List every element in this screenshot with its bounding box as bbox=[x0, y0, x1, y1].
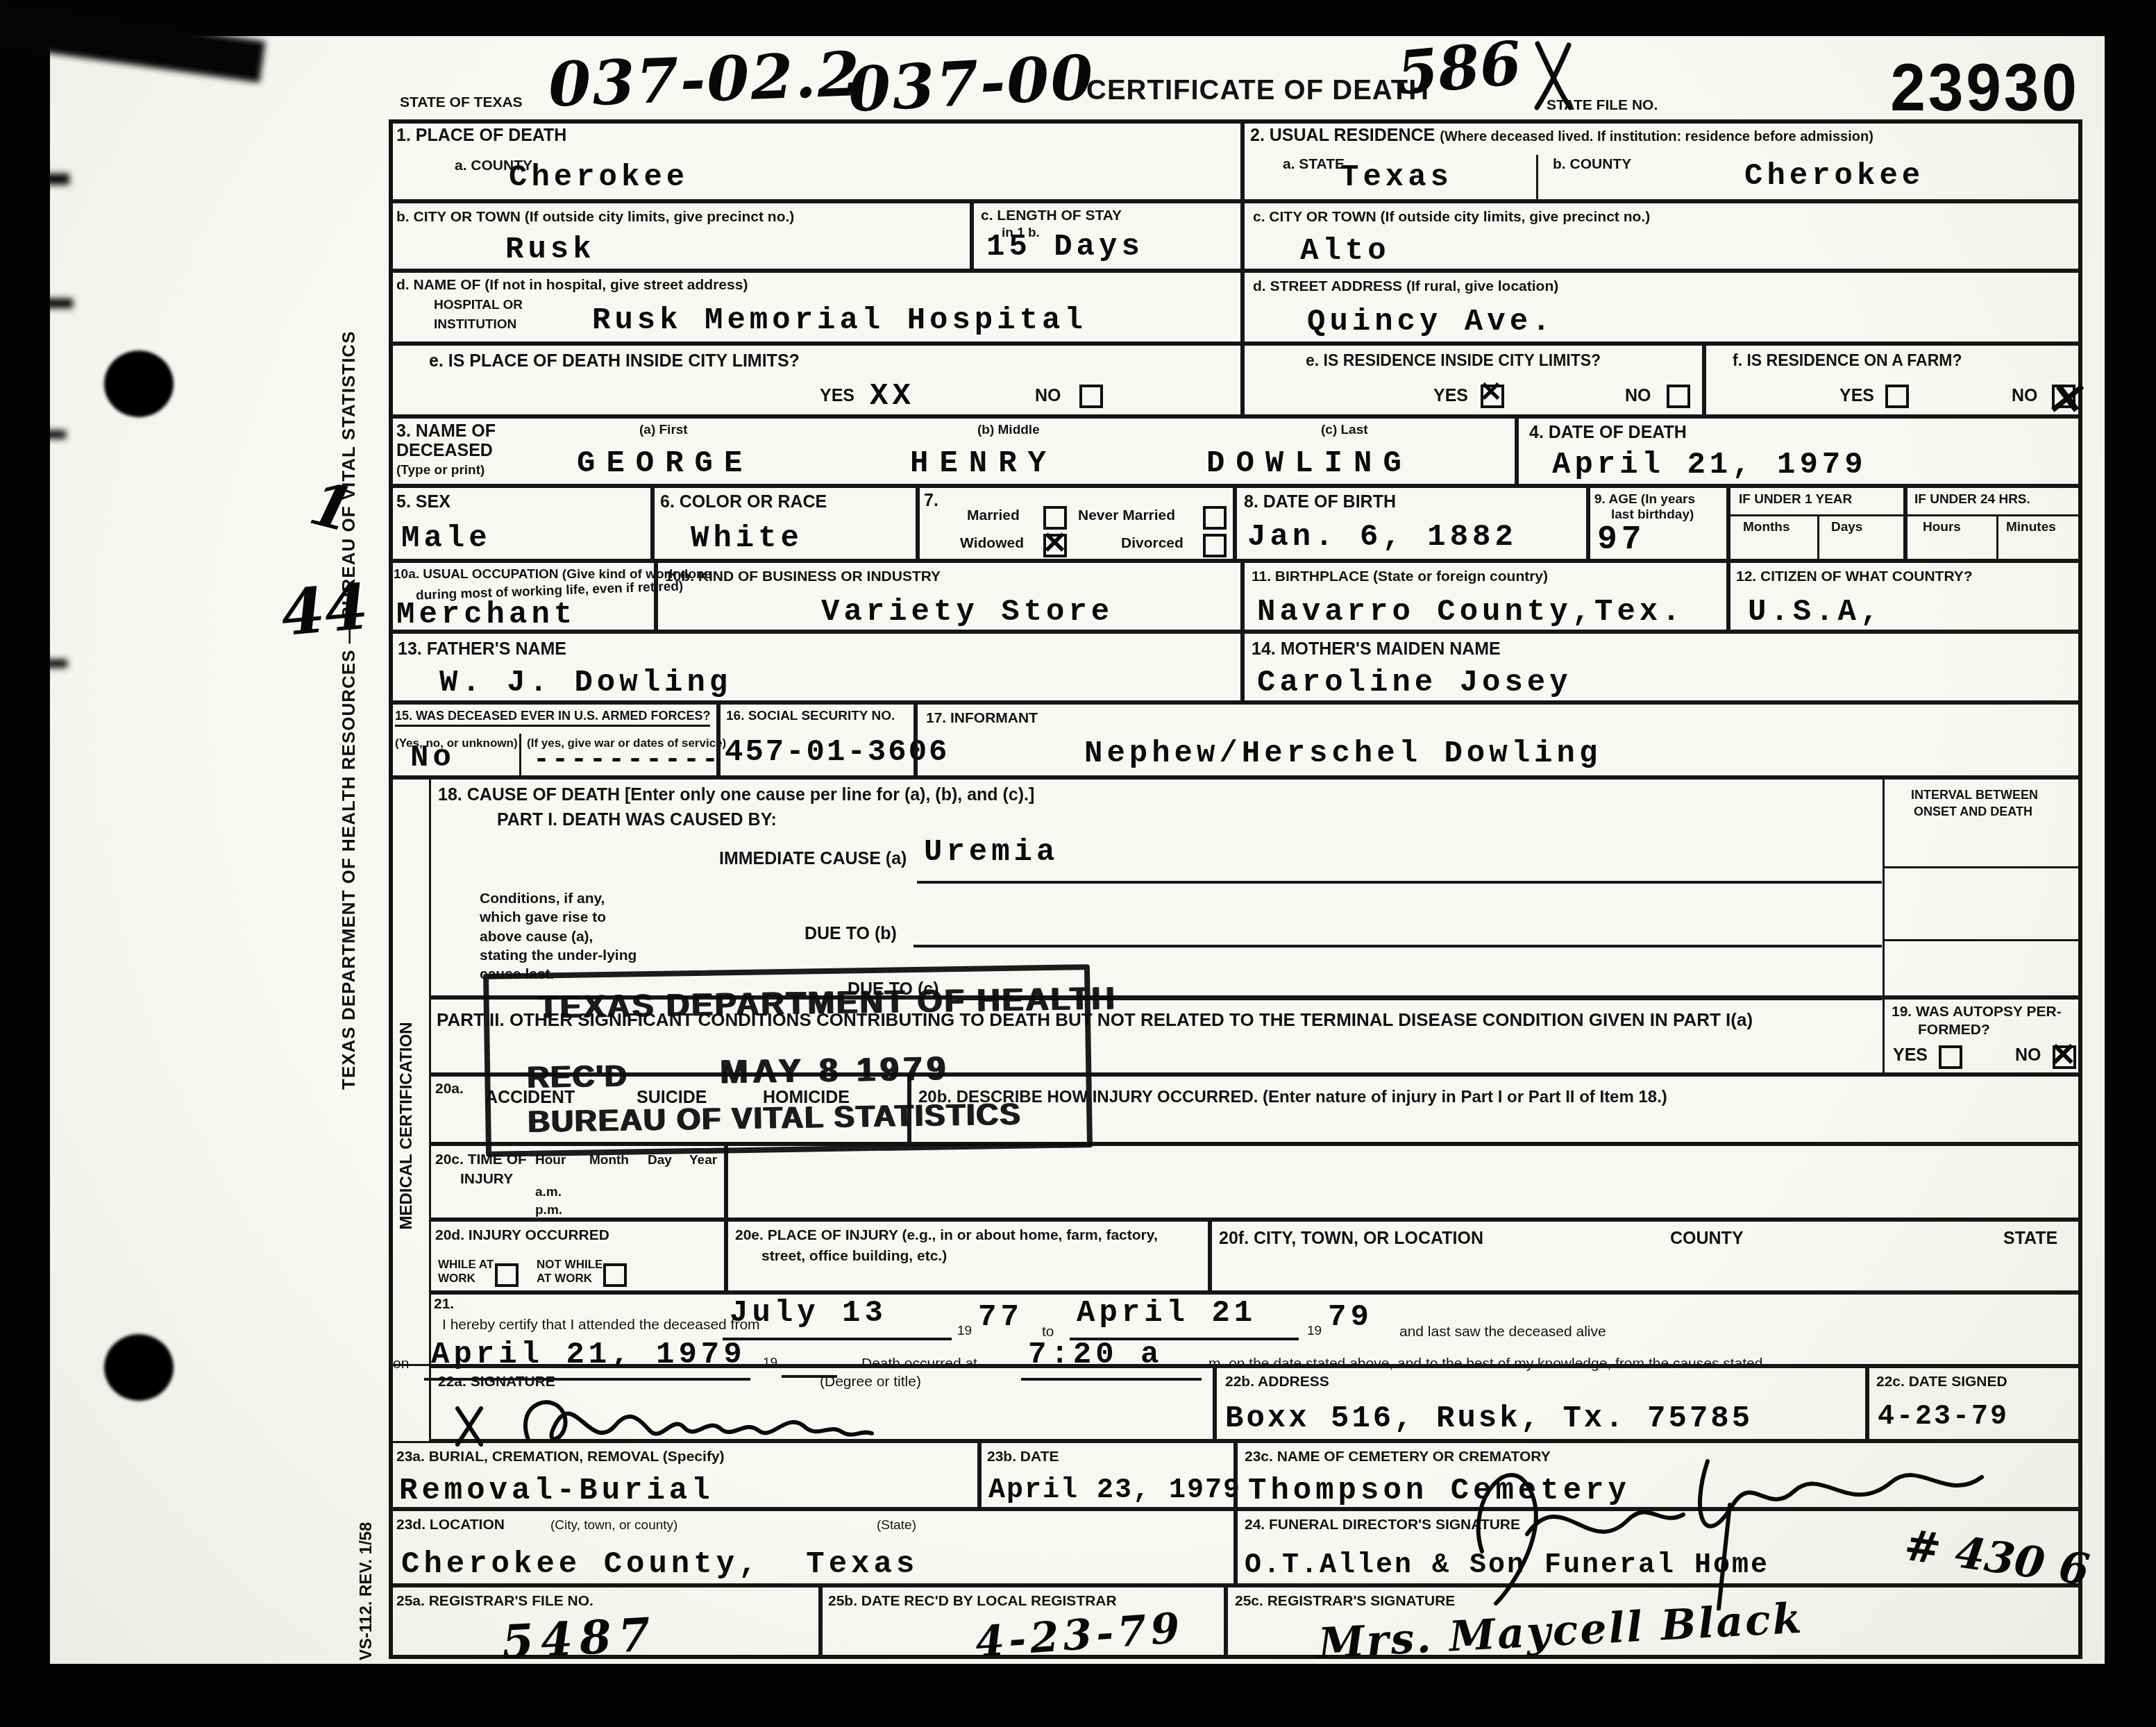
length-of-stay-value: 15 Days bbox=[986, 230, 1144, 264]
injury-occurred-label: 20d. INJURY OCCURRED bbox=[435, 1227, 609, 1244]
mother-name-label: 14. MOTHER'S MAIDEN NAME bbox=[1252, 639, 1501, 659]
residence-limits-no-checkbox bbox=[1667, 385, 1690, 408]
occupation-value: Merchant bbox=[396, 598, 576, 632]
part1-label: PART I. DEATH WAS CAUSED BY: bbox=[497, 810, 777, 830]
residence-state-value: Texas bbox=[1340, 160, 1453, 195]
divorced-checkbox bbox=[1203, 534, 1227, 557]
residence-city-label: c. CITY OR TOWN (If outside city limits,… bbox=[1253, 209, 1650, 226]
cell-20a-label: 20a. bbox=[435, 1081, 464, 1097]
age-value: 97 bbox=[1597, 521, 1646, 559]
death-limits-no-checkbox bbox=[1079, 385, 1103, 408]
hole-punch-bottom bbox=[104, 1334, 174, 1401]
divorced-label: Divorced bbox=[1121, 535, 1184, 552]
minutes-label: Minutes bbox=[2006, 520, 2056, 535]
handwritten-code-2: 037-00 bbox=[847, 41, 1097, 126]
certify-number: 21. bbox=[434, 1296, 454, 1313]
residence-county-value: Cherokee bbox=[1744, 159, 1924, 194]
mother-name-value: Caroline Josey bbox=[1257, 666, 1572, 700]
occupation-cell: 10a. USUAL OCCUPATION (Give kind of work… bbox=[389, 561, 656, 632]
place-of-injury-cell: 20e. PLACE OF INJURY (e.g., in or about … bbox=[726, 1220, 1210, 1292]
middle-name-label: (b) Middle bbox=[977, 423, 1040, 438]
injury-location-cell: 20f. CITY, TOWN, OR LOCATION COUNTY STAT… bbox=[1210, 1220, 2082, 1292]
citizen-value: U.S.A, bbox=[1748, 595, 1883, 630]
street-address-label: d. STREET ADDRESS (If rural, give locati… bbox=[1253, 278, 1558, 295]
date-of-birth-label: 8. DATE OF BIRTH bbox=[1244, 492, 1396, 512]
burial-date-cell: 23b. DATE April 23, 1979 bbox=[979, 1441, 1236, 1509]
to-year-value: 79 bbox=[1328, 1300, 1373, 1335]
date-recd-label: 25b. DATE REC'D BY LOCAL REGISTRAR bbox=[828, 1593, 1117, 1610]
injury-state-label: STATE bbox=[2003, 1229, 2057, 1249]
business-cell: 10b. KIND OF BUSINESS OR INDUSTRY Variet… bbox=[656, 561, 1243, 632]
informant-cell: 17. INFORMANT Nephew/Herschel Dowling bbox=[916, 702, 2082, 777]
year-label: Year bbox=[689, 1153, 717, 1168]
age-label-2: last birthday) bbox=[1611, 507, 1694, 523]
hospital-label-3: INSTITUTION bbox=[434, 317, 516, 332]
interval-label-1: INTERVAL BETWEEN bbox=[1911, 788, 2038, 802]
married-label: Married bbox=[967, 507, 1020, 524]
burial-date-label: 23b. DATE bbox=[987, 1449, 1059, 1465]
burial-location-city-label: (City, town, or county) bbox=[550, 1518, 677, 1533]
hospital-label-2: HOSPITAL OR bbox=[434, 298, 523, 313]
citizen-label: 12. CITIZEN OF WHAT COUNTRY? bbox=[1736, 568, 1973, 585]
film-border-bottom bbox=[0, 1664, 2156, 1727]
registrar-file-label: 25a. REGISTRAR'S FILE NO. bbox=[396, 1593, 593, 1610]
handwritten-code-1: 037-02.2 bbox=[547, 37, 862, 121]
armed-forces-value: No bbox=[410, 741, 455, 775]
sex-value: Male bbox=[401, 521, 491, 556]
place-of-death-cell: 1. PLACE OF DEATH a. COUNTY Cherokee bbox=[389, 119, 1243, 201]
marital-label: 7. bbox=[924, 491, 938, 511]
residence-county-label: b. COUNTY bbox=[1553, 156, 1631, 173]
injury-county-label: COUNTY bbox=[1670, 1229, 1744, 1249]
usual-residence-title: 2. USUAL RESIDENCE bbox=[1250, 126, 1435, 145]
medical-certification-sidebar bbox=[389, 777, 431, 1366]
interval-line-1 bbox=[1885, 866, 2080, 868]
stamp-line-2: BUREAU OF VITAL STATISTICS bbox=[527, 1097, 1021, 1140]
hole-punch-top bbox=[104, 351, 174, 417]
residence-city-limits-cell: e. IS RESIDENCE INSIDE CITY LIMITS? YES … bbox=[1243, 344, 1704, 416]
burial-location-cell: 23d. LOCATION (City, town, or county) (S… bbox=[389, 1509, 1236, 1585]
form-revision-vertical-label: VS-112. REV. 1/58 bbox=[357, 1444, 376, 1660]
first-name-value: GEORGE bbox=[577, 446, 753, 481]
agency-vertical-caption: TEXAS DEPARTMENT OF HEALTH RESOURCES — B… bbox=[338, 330, 360, 1090]
if-under-1-year-cell: IF UNDER 1 YEAR Months Days bbox=[1728, 486, 1905, 561]
date-recd-cell: 25b. DATE REC'D BY LOCAL REGISTRAR 4-23-… bbox=[820, 1585, 1226, 1659]
marital-status-cell: 7. Married Never Married Widowed ✕ Divor… bbox=[918, 486, 1235, 561]
father-name-value: W. J. Dowling bbox=[439, 666, 732, 700]
sex-label: 5. SEX bbox=[396, 492, 450, 512]
farm-label: f. IS RESIDENCE ON A FARM? bbox=[1733, 351, 1962, 370]
name-label-3: (Type or print) bbox=[396, 463, 485, 478]
name-label-1: 3. NAME OF bbox=[396, 421, 496, 441]
residence-farm-cell: f. IS RESIDENCE ON A FARM? YES NO ✕ bbox=[1704, 344, 2082, 416]
cause-b-line bbox=[913, 916, 1882, 947]
day-label: Day bbox=[648, 1153, 672, 1168]
race-label: 6. COLOR OR RACE bbox=[660, 492, 827, 512]
to-year-prefix: 19 bbox=[1307, 1324, 1322, 1339]
date-recd-value: 4-23-79 bbox=[974, 1604, 1186, 1667]
due-to-b-label: DUE TO (b) bbox=[805, 924, 897, 944]
citizen-cell: 12. CITIZEN OF WHAT COUNTRY? U.S.A, bbox=[1728, 561, 2082, 632]
place-of-injury-label-2: street, office building, etc.) bbox=[761, 1248, 947, 1265]
funeral-director-signature bbox=[1416, 1423, 2082, 1610]
never-married-label: Never Married bbox=[1078, 507, 1175, 524]
death-limits-no-label: NO bbox=[1035, 386, 1061, 406]
state-county-divider bbox=[1536, 155, 1538, 201]
certify-text-1: I hereby certify that I attended the dec… bbox=[442, 1317, 760, 1333]
if-under-24-hrs-label: IF UNDER 24 HRS. bbox=[1914, 492, 2030, 507]
stamp-recd-label: REC'D bbox=[526, 1059, 628, 1095]
interval-cell: INTERVAL BETWEEN ONSET AND DEATH bbox=[1883, 777, 2082, 997]
residence-city-cell: c. CITY OR TOWN (If outside city limits,… bbox=[1243, 201, 2082, 271]
if-under-24-hrs-cell: IF UNDER 24 HRS. Hours Minutes bbox=[1905, 486, 2082, 561]
immediate-cause-label: IMMEDIATE CAUSE (a) bbox=[719, 849, 907, 869]
not-while-label-2: AT WORK bbox=[537, 1272, 592, 1286]
burial-location-label: 23d. LOCATION bbox=[396, 1517, 505, 1533]
burial-value: Removal-Burial bbox=[399, 1474, 714, 1508]
on-word: on bbox=[393, 1356, 409, 1372]
business-label: 10b. KIND OF BUSINESS OR INDUSTRY bbox=[665, 568, 941, 585]
armed-forces-cell: 15. WAS DECEASED EVER IN U.S. ARMED FORC… bbox=[389, 702, 718, 777]
film-border-right bbox=[2105, 0, 2156, 1727]
margin-handwritten-mark-44: 44 bbox=[278, 570, 371, 651]
stamp-date: MAY 8 1979 bbox=[719, 1050, 950, 1091]
from-year-prefix: 19 bbox=[957, 1324, 972, 1339]
county-value: Cherokee bbox=[509, 160, 689, 195]
race-cell: 6. COLOR OR RACE White bbox=[652, 486, 918, 561]
scanned-death-certificate: TEXAS DEPARTMENT OF HEALTH RESOURCES — B… bbox=[0, 0, 2156, 1727]
autopsy-cell: 19. WAS AUTOPSY PER- FORMED? YES NO ✕ bbox=[1883, 997, 2082, 1075]
farm-no-label: NO bbox=[2012, 386, 2038, 406]
armed-forces-label: 15. WAS DECEASED EVER IN U.S. ARMED FORC… bbox=[395, 709, 710, 727]
cause-of-death-label: 18. CAUSE OF DEATH [Enter only one cause… bbox=[438, 785, 1034, 805]
age-label-1: 9. AGE (In years bbox=[1594, 492, 1695, 507]
father-name-label: 13. FATHER'S NAME bbox=[398, 639, 566, 659]
hours-label: Hours bbox=[1923, 520, 1961, 535]
length-of-stay-label: c. LENGTH OF STAY bbox=[981, 208, 1122, 224]
film-border-left bbox=[0, 0, 50, 1727]
autopsy-yes-checkbox bbox=[1939, 1045, 1962, 1069]
certificate-title: CERTIFICATE OF DEATH bbox=[1086, 75, 1429, 106]
received-stamp: TEXAS DEPARTMENT OF HEALTH REC'D MAY 8 1… bbox=[483, 964, 1093, 1157]
last-name-label: (c) Last bbox=[1321, 423, 1368, 438]
street-address-value: Quincy Ave. bbox=[1307, 305, 1554, 339]
injury-occurred-cell: 20d. INJURY OCCURRED WHILE AT WORK NOT W… bbox=[429, 1220, 726, 1292]
cause-a-line bbox=[917, 849, 1882, 884]
burial-location-value: Cherokee County, Texas bbox=[401, 1547, 918, 1582]
farm-yes-label: YES bbox=[1839, 386, 1874, 406]
interval-line-2 bbox=[1885, 939, 2080, 941]
from-date-line bbox=[723, 1310, 952, 1340]
injury-location-label: 20f. CITY, TOWN, OR LOCATION bbox=[1219, 1229, 1483, 1249]
birthplace-value: Navarro County,Tex. bbox=[1257, 595, 1685, 630]
middle-name-value: HENRY bbox=[910, 446, 1057, 481]
am-label: a.m. bbox=[535, 1185, 562, 1200]
burial-date-value: April 23, 1979 bbox=[988, 1475, 1241, 1506]
street-address-cell: d. STREET ADDRESS (If rural, give locati… bbox=[1243, 271, 2082, 344]
date-of-death-cell: 4. DATE OF DEATH April 21, 1979 bbox=[1517, 416, 2082, 486]
signature-cell: 22a. SIGNATURE (Degree or title) bbox=[429, 1366, 1215, 1441]
business-value: Variety Store bbox=[821, 595, 1113, 630]
age-cell: 9. AGE (In years last birthday) 97 bbox=[1588, 486, 1728, 561]
name-label-2: DECEASED bbox=[396, 441, 493, 461]
hours-minutes-divider bbox=[1996, 514, 1998, 559]
stamped-certificate-number: 23930 bbox=[1890, 50, 2080, 126]
residence-city-value: Alto bbox=[1300, 234, 1390, 269]
farm-yes-checkbox bbox=[1885, 385, 1909, 408]
autopsy-label-1: 19. WAS AUTOPSY PER- bbox=[1892, 1004, 2062, 1020]
time-of-injury-blank-cell bbox=[726, 1144, 2082, 1220]
residence-limits-no-label: NO bbox=[1625, 386, 1651, 406]
not-while-checkbox bbox=[603, 1263, 627, 1287]
film-smudge bbox=[36, 659, 67, 668]
residence-state-label: a. STATE bbox=[1283, 156, 1345, 173]
state-of-texas-label: STATE OF TEXAS bbox=[400, 94, 523, 111]
birthplace-cell: 11. BIRTHPLACE (State or foreign country… bbox=[1243, 561, 1728, 632]
informant-value: Nephew/Herschel Dowling bbox=[1084, 736, 1601, 771]
months-label: Months bbox=[1743, 520, 1790, 535]
hospital-cell: d. NAME OF (If not in hospital, give str… bbox=[389, 271, 1243, 344]
death-limits-yes-label: YES bbox=[820, 386, 854, 406]
sex-cell: 5. SEX Male bbox=[389, 486, 652, 561]
ssn-label: 16. SOCIAL SECURITY NO. bbox=[726, 709, 895, 724]
residence-limits-yes-mark: ✕ bbox=[1479, 376, 1503, 408]
registrar-file-cell: 25a. REGISTRAR'S FILE NO. 5487 bbox=[389, 1585, 820, 1659]
widowed-checkbox-mark: ✕ bbox=[1042, 525, 1068, 561]
residence-limits-yes-label: YES bbox=[1433, 386, 1468, 406]
conditions-note: Conditions, if any, which gave rise to a… bbox=[480, 889, 643, 984]
usual-residence-paren: (Where deceased lived. If institution: r… bbox=[1440, 129, 1873, 144]
place-of-death-label: 1. PLACE OF DEATH bbox=[396, 126, 566, 146]
ssn-cell: 16. SOCIAL SECURITY NO. 457-01-3606 bbox=[718, 702, 916, 777]
widowed-label: Widowed bbox=[960, 535, 1024, 552]
film-smudge bbox=[38, 174, 69, 185]
film-border-top bbox=[0, 0, 2156, 36]
death-city-limits-cell: e. IS PLACE OF DEATH INSIDE CITY LIMITS?… bbox=[389, 344, 1243, 416]
registrar-file-value: 5487 bbox=[500, 1607, 658, 1669]
date-of-death-label: 4. DATE OF DEATH bbox=[1529, 423, 1687, 443]
months-days-divider bbox=[1817, 514, 1819, 559]
hospital-label-1: d. NAME OF (If not in hospital, give str… bbox=[396, 277, 748, 294]
while-at-work-label-1: WHILE AT bbox=[438, 1258, 494, 1272]
while-at-work-checkbox bbox=[495, 1263, 519, 1287]
autopsy-yes-label: YES bbox=[1893, 1045, 1928, 1065]
film-smudge bbox=[38, 430, 66, 439]
if-under-1-year-label: IF UNDER 1 YEAR bbox=[1739, 492, 1852, 507]
under-24-divider bbox=[1907, 514, 2080, 516]
autopsy-no-mark: ✕ bbox=[2050, 1036, 2077, 1073]
armed-forces-dashes: ---------- bbox=[533, 745, 721, 776]
to-date-line bbox=[1070, 1310, 1299, 1340]
certification-cell: 21. I hereby certify that I attended the… bbox=[429, 1292, 2082, 1366]
place-of-injury-label-1: 20e. PLACE OF INJURY (e.g., in or about … bbox=[735, 1227, 1158, 1244]
autopsy-label-2: FORMED? bbox=[1918, 1022, 1990, 1038]
cause-of-death-cell: 18. CAUSE OF DEATH [Enter only one cause… bbox=[429, 777, 1885, 997]
death-limits-yes-mark: XX bbox=[870, 379, 915, 414]
hospital-value: Rusk Memorial Hospital bbox=[592, 303, 1087, 338]
city-or-town-cell: b. CITY OR TOWN (If outside city limits,… bbox=[389, 201, 972, 271]
days-label: Days bbox=[1831, 520, 1862, 535]
certify-text-2: and last saw the deceased alive bbox=[1399, 1324, 1606, 1340]
city-or-town-value: Rusk bbox=[505, 233, 596, 267]
date-of-birth-cell: 8. DATE OF BIRTH Jan. 6, 1882 bbox=[1235, 486, 1588, 561]
stamp-line-1: TEXAS DEPARTMENT OF HEALTH bbox=[537, 979, 1115, 1026]
city-or-town-label: b. CITY OR TOWN (If outside city limits,… bbox=[396, 209, 794, 226]
name-of-deceased-cell: 3. NAME OF DECEASED (Type or print) (a) … bbox=[389, 416, 1517, 486]
address-label: 22b. ADDRESS bbox=[1225, 1374, 1329, 1390]
birthplace-label: 11. BIRTHPLACE (State or foreign country… bbox=[1252, 568, 1548, 585]
date-signed-label: 22c. DATE SIGNED bbox=[1876, 1374, 2007, 1390]
informant-label: 17. INFORMANT bbox=[926, 710, 1038, 727]
usual-residence-label: 2. USUAL RESIDENCE (Where deceased lived… bbox=[1250, 126, 1873, 146]
first-name-label: (a) First bbox=[639, 423, 688, 438]
pm-label: p.m. bbox=[535, 1203, 562, 1218]
not-while-label-1: NOT WHILE bbox=[537, 1258, 603, 1272]
armed-forces-divider bbox=[519, 734, 521, 775]
autopsy-no-label: NO bbox=[2015, 1045, 2041, 1065]
burial-location-state-label: (State) bbox=[877, 1518, 916, 1533]
handwritten-cross-mark bbox=[1527, 38, 1583, 115]
handwritten-file-number: 586 bbox=[1394, 28, 1524, 108]
death-city-limits-label: e. IS PLACE OF DEATH INSIDE CITY LIMITS? bbox=[429, 351, 800, 371]
interval-label-2: ONSET AND DEATH bbox=[1914, 804, 2032, 819]
last-name-value: DOWLING bbox=[1206, 446, 1413, 481]
length-of-stay-cell: c. LENGTH OF STAY in 1 b. 15 Days bbox=[972, 201, 1243, 271]
residence-limits-label: e. IS RESIDENCE INSIDE CITY LIMITS? bbox=[1306, 351, 1601, 370]
while-at-work-label-2: WORK bbox=[438, 1272, 475, 1286]
physician-signature bbox=[445, 1388, 903, 1454]
race-value: White bbox=[691, 521, 803, 556]
date-of-birth-value: Jan. 6, 1882 bbox=[1247, 520, 1517, 555]
never-married-checkbox bbox=[1203, 506, 1227, 530]
father-name-cell: 13. FATHER'S NAME W. J. Dowling bbox=[389, 632, 1243, 702]
from-year-value: 77 bbox=[978, 1300, 1023, 1335]
usual-residence-cell: 2. USUAL RESIDENCE (Where deceased lived… bbox=[1243, 119, 2082, 201]
mother-name-cell: 14. MOTHER'S MAIDEN NAME Caroline Josey bbox=[1243, 632, 2082, 702]
film-smudge bbox=[35, 298, 73, 308]
date-of-death-value: April 21, 1979 bbox=[1552, 448, 1867, 482]
time-of-injury-label-2: INJURY bbox=[460, 1171, 513, 1188]
